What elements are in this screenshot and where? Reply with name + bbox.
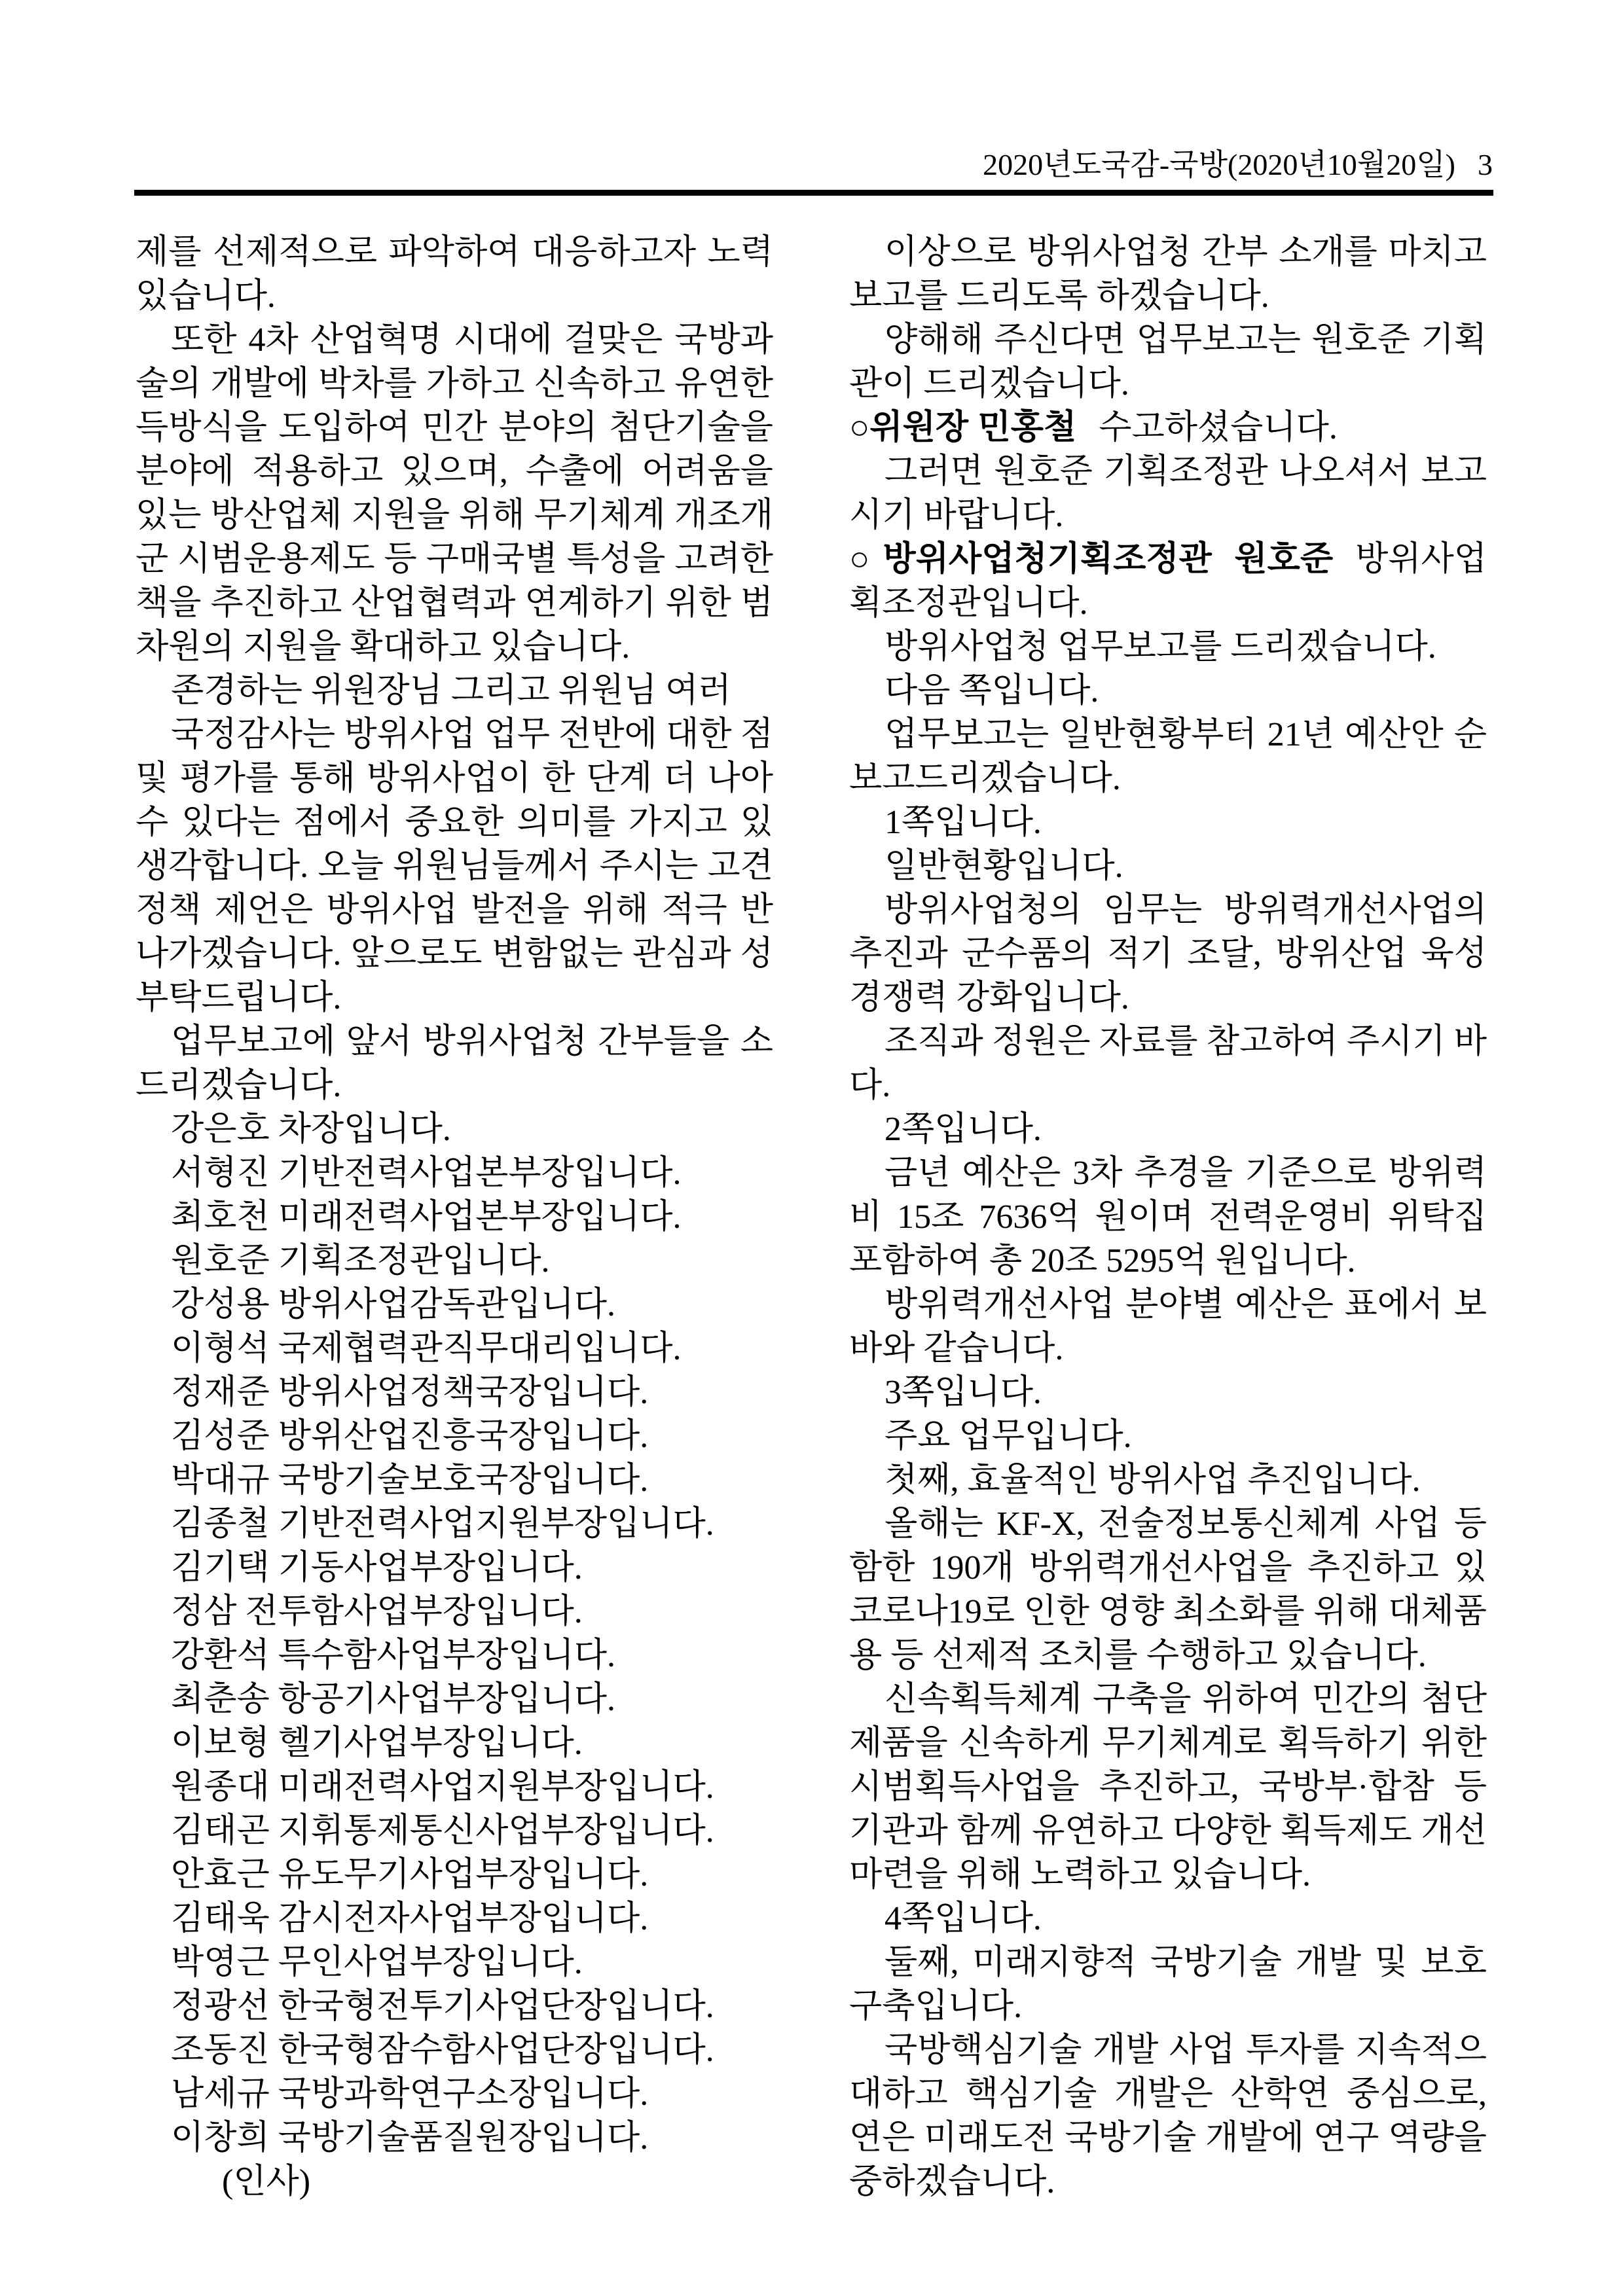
text-line: 조직과 정원은 자료를 참고하여 주시기 바랍니 [849, 1020, 1487, 1064]
speaker-name: ○방위사업청기획조정관 원호준 [849, 540, 1333, 578]
text-line: 첫째, 효율적인 방위사업 추진입니다. [849, 1458, 1487, 1502]
text-line: 나가겠습니다. 앞으로도 변함없는 관심과 성원을 [136, 932, 773, 976]
text-line: 부탁드립니다. [136, 976, 773, 1020]
text-line: 원호준 기획조정관입니다. [136, 1239, 773, 1283]
text-line: 마련을 위해 노력하고 있습니다. [849, 1853, 1487, 1897]
text-line: 정광선 한국형전투기사업단장입니다. [136, 1984, 773, 2028]
text-line: 정책 제언은 방위사업 발전을 위해 적극 반영해 [136, 888, 773, 932]
text-line: 획조정관입니다. [849, 581, 1487, 625]
text-line: 구축입니다. [849, 1984, 1487, 2028]
text-line: 경쟁력 강화입니다. [849, 976, 1487, 1020]
text-line: 다. [849, 1064, 1487, 1107]
text-line: 금년 예산은 3차 추경을 기준으로 방위력개선 [849, 1151, 1487, 1195]
text-line: 방위사업청의 임무는 방위력개선사업의 효율적 [849, 888, 1487, 932]
text-line: 김태곤 지휘통제통신사업부장입니다. [136, 1809, 773, 1853]
text-line: 강은호 차장입니다. [136, 1107, 773, 1151]
text-line: 2쪽입니다. [849, 1107, 1487, 1151]
text-line: 3쪽입니다. [849, 1371, 1487, 1414]
text-line: 추진과 군수품의 적기 조달, 방위산업 육성 및 [849, 932, 1487, 976]
text-line: 기관과 함께 유연하고 다양한 획득제도 개선방안 [849, 1809, 1487, 1853]
text-line: 그러면 원호준 기획조정관 나오셔서 보고해 주 [849, 450, 1487, 493]
left-column: 제를 선제적으로 파악하여 대응하고자 노력하고있습니다.또한 4차 산업혁명 … [136, 230, 773, 2204]
text-line: 김성준 방위산업진흥국장입니다. [136, 1414, 773, 1458]
text-line: 김태욱 감시전자사업부장입니다. [136, 1897, 773, 1941]
text-line: 연은 미래도전 국방기술 개발에 연구 역량을 집 [849, 2116, 1487, 2160]
text-line: 김기택 기동사업부장입니다. [136, 1546, 773, 1590]
text-line: 대하고 핵심기술 개발은 산학연 중심으로, 국과 [849, 2072, 1487, 2116]
text-line: 둘째, 미래지향적 국방기술 개발 및 보호체계 [849, 1941, 1487, 1984]
text-line: 함한 190개 방위력개선사업을 추진하고 있으며 [849, 1546, 1487, 1590]
text-line: 생각합니다. 오늘 위원님들께서 주시는 고견과 [136, 844, 773, 888]
page-header: 2020년도국감-국방(2020년10월20일)3 [136, 147, 1493, 183]
text-line: 또한 4차 산업혁명 시대에 걸맞은 국방과학기 [136, 318, 773, 362]
text-line: 이형석 국제협력관직무대리입니다. [136, 1327, 773, 1371]
speaker-name: ○위원장 민홍철 [849, 408, 1076, 446]
text-line: 차원의 지원을 확대하고 있습니다. [136, 625, 773, 669]
text-line: 국방핵심기술 개발 사업 투자를 지속적으로 확 [849, 2028, 1487, 2072]
text-line: 보고를 드리도록 하겠습니다. [849, 274, 1487, 318]
document-page: 2020년도국감-국방(2020년10월20일)3 제를 선제적으로 파악하여 … [0, 0, 1623, 2296]
header-title: 2020년도국감-국방(2020년10월20일) [983, 148, 1455, 181]
header-rule [134, 190, 1493, 196]
text-line: 최춘송 항공기사업부장입니다. [136, 1677, 773, 1721]
text-line: 방위력개선사업 분야별 예산은 표에서 보시는 [849, 1283, 1487, 1327]
text-line: 박대규 국방기술보호국장입니다. [136, 1458, 773, 1502]
text-line: 조동진 한국형잠수함사업단장입니다. [136, 2028, 773, 2072]
text-line: 드리겠습니다. [136, 1064, 773, 1107]
text-line: 남세규 국방과학연구소장입니다. [136, 2072, 773, 2116]
text-line: 시범획득사업을 추진하고, 국방부·합참 등 관련 [849, 1765, 1487, 1809]
text-line: 4쪽입니다. [849, 1897, 1487, 1941]
text-line: 및 평가를 통해 방위사업이 한 단계 더 나아갈 [136, 757, 773, 800]
text-line: 비 15조 7636억 원이며 전력운영비 위탁집행분을 [849, 1195, 1487, 1239]
text-line: 정삼 전투함사업부장입니다. [136, 1590, 773, 1634]
speaker-line: ○방위사업청기획조정관 원호준방위사업청 기 [849, 537, 1487, 581]
page-number: 3 [1478, 147, 1493, 183]
text-line: 있습니다. [136, 274, 773, 318]
text-line: 신속획득체계 구축을 위하여 민간의 첨단기술 [849, 1677, 1487, 1721]
text-line: 서형진 기반전력사업본부장입니다. [136, 1151, 773, 1195]
text-line: 보고드리겠습니다. [849, 757, 1487, 800]
text-line: 제를 선제적으로 파악하여 대응하고자 노력하고 [136, 230, 773, 274]
text-line: 업무보고에 앞서 방위사업청 간부들을 소개해 [136, 1020, 773, 1064]
text-line: 업무보고는 일반현황부터 21년 예산안 순으로 [849, 713, 1487, 757]
text-line: 술의 개발에 박차를 가하고 신속하고 유연한 획 [136, 362, 773, 406]
text-line: 이상으로 방위사업청 간부 소개를 마치고 업무 [849, 230, 1487, 274]
text-line: 포함하여 총 20조 5295억 원입니다. [849, 1239, 1487, 1283]
text-line: 1쪽입니다. [849, 800, 1487, 844]
text-line: 강환석 특수함사업부장입니다. [136, 1634, 773, 1677]
text-line: 올해는 KF-X, 전술정보통신체계 사업 등을 포 [849, 1502, 1487, 1546]
text-line: 책을 추진하고 산업협력과 연계하기 위한 범정부 [136, 581, 773, 625]
text-line: 최호천 미래전력사업본부장입니다. [136, 1195, 773, 1239]
right-column: 이상으로 방위사업청 간부 소개를 마치고 업무보고를 드리도록 하겠습니다.양… [849, 230, 1487, 2204]
text-line: 수 있다는 점에서 중요한 의미를 가지고 있다고 [136, 800, 773, 844]
text-line: 제품을 신속하게 무기체계로 획득하기 위한 신속 [849, 1721, 1487, 1765]
text-line: 있는 방산업체 지원을 위해 무기체계 개조개발, [136, 493, 773, 537]
text-line: 바와 같습니다. [849, 1327, 1487, 1371]
text-line: 안효근 유도무기사업부장입니다. [136, 1853, 773, 1897]
text-line: 관이 드리겠습니다. [849, 362, 1487, 406]
text-line: 주요 업무입니다. [849, 1414, 1487, 1458]
text-line: 다음 쪽입니다. [849, 669, 1487, 713]
text-line: 코로나19로 인한 영향 최소화를 위해 대체품 적 [849, 1590, 1487, 1634]
text-line: 방위사업청 업무보고를 드리겠습니다. [849, 625, 1487, 669]
text-line: 분야에 적용하고 있으며, 수출에 어려움을 겪고 [136, 450, 773, 493]
text-line: 이보형 헬기사업부장입니다. [136, 1721, 773, 1765]
text-line: 국정감사는 방위사업 업무 전반에 대한 점검 [136, 713, 773, 757]
text-line: 원종대 미래전력사업지원부장입니다. [136, 1765, 773, 1809]
speaker-line: ○위원장 민홍철수고하셨습니다. [849, 406, 1487, 450]
text-line: 강성용 방위사업감독관입니다. [136, 1283, 773, 1327]
text-line: 김종철 기반전력사업지원부장입니다. [136, 1502, 773, 1546]
text-line: 용 등 선제적 조치를 수행하고 있습니다. [849, 1634, 1487, 1677]
text-line: 존경하는 위원장님 그리고 위원님 여러분! [136, 669, 773, 713]
text-line: 양해해 주신다면 업무보고는 원호준 기획조정 [849, 318, 1487, 362]
text-line: 정재준 방위사업정책국장입니다. [136, 1371, 773, 1414]
text-line: 득방식을 도입하여 민간 분야의 첨단기술을 국방 [136, 406, 773, 450]
text-line: 중하겠습니다. [849, 2160, 1487, 2204]
text-line: 일반현황입니다. [849, 844, 1487, 888]
text-line: 군 시범운용제도 등 구매국별 특성을 고려한 정 [136, 537, 773, 581]
text-line: 이창희 국방기술품질원장입니다. [136, 2116, 773, 2160]
text-line: (인사) [136, 2160, 773, 2204]
text-line: 시기 바랍니다. [849, 493, 1487, 537]
text-line: 박영근 무인사업부장입니다. [136, 1941, 773, 1984]
